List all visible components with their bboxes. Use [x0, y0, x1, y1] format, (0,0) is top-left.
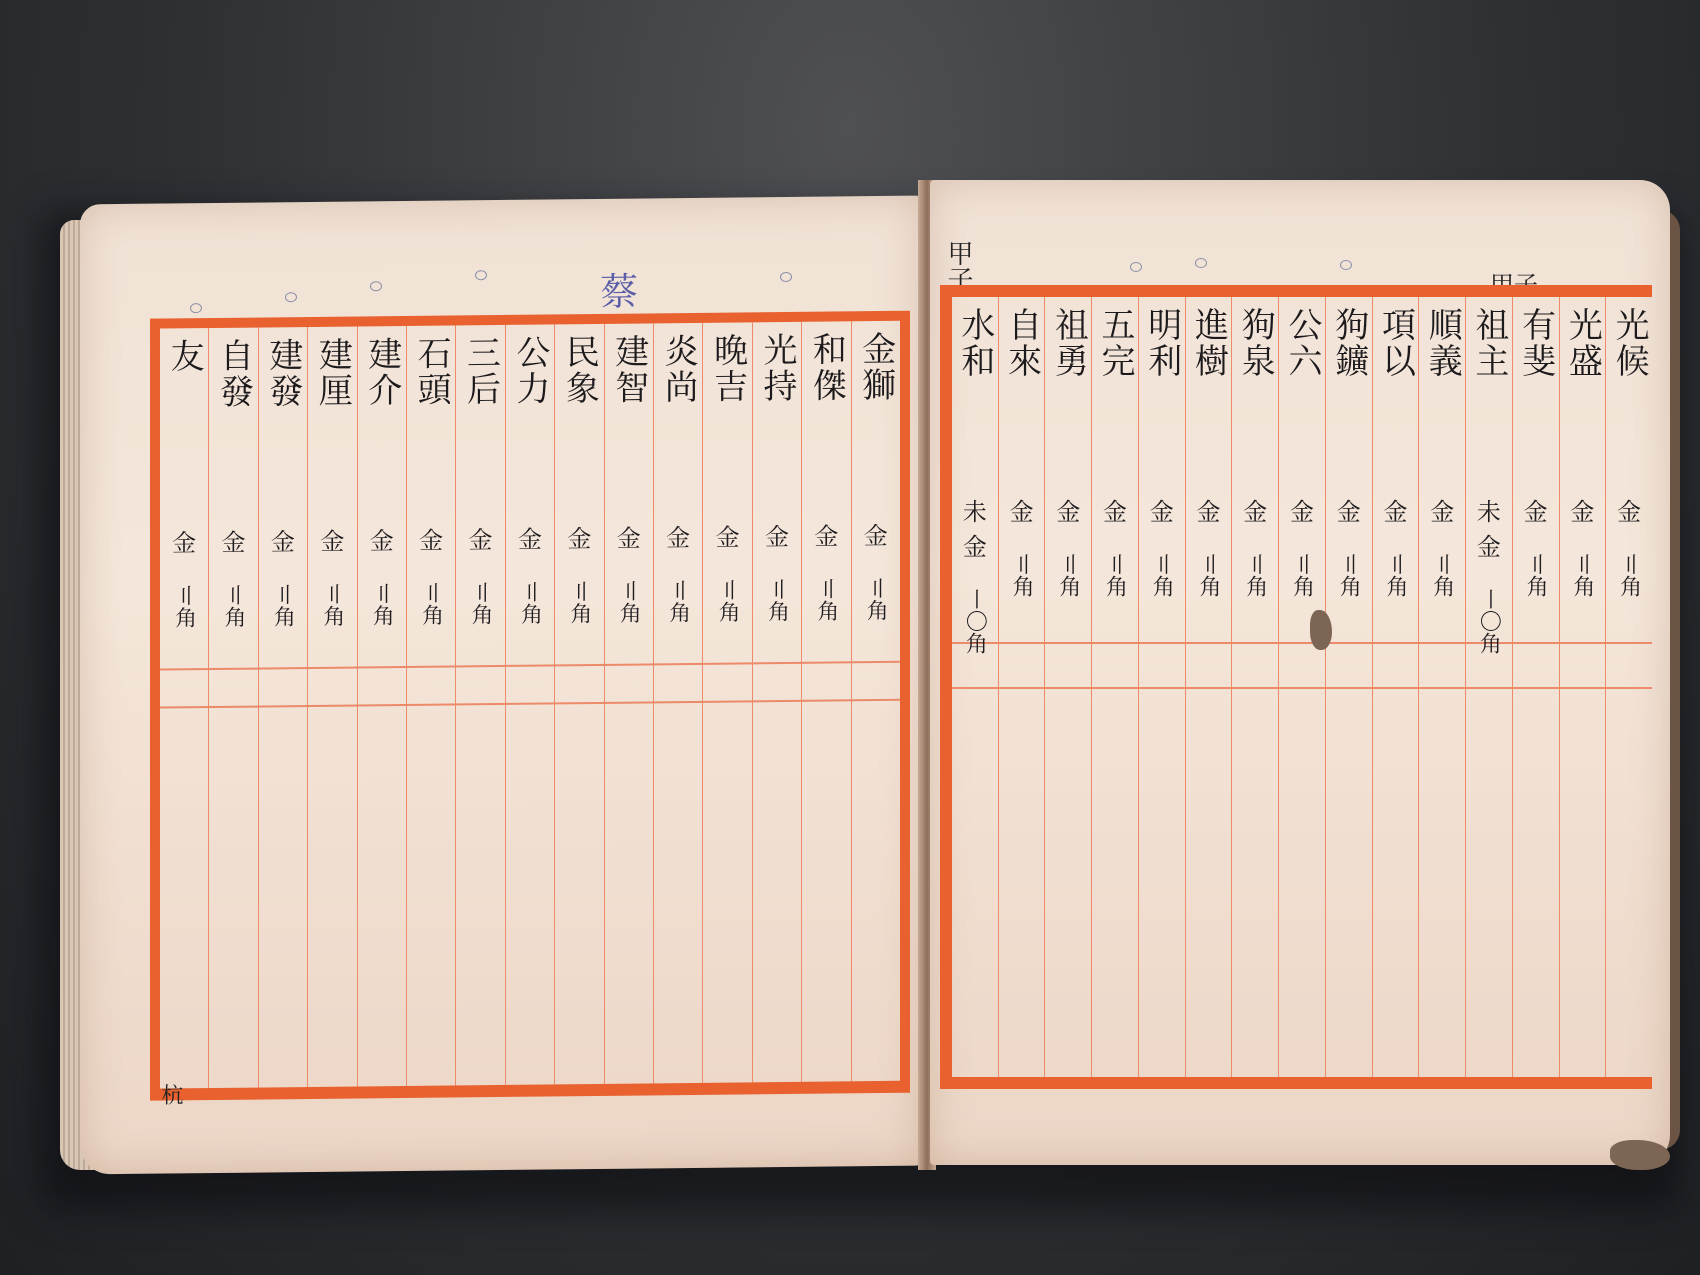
amount-value: 〡〇角	[959, 588, 990, 654]
donor-name: 建智	[612, 333, 646, 405]
currency-char: 金	[320, 522, 344, 557]
amount-value: 〢角	[1146, 553, 1177, 597]
entry-name-cell: 晚吉	[703, 332, 751, 405]
ledger-column: 明利金〢角	[1138, 297, 1185, 1077]
currency-char: 金	[1524, 492, 1548, 527]
ledger-column: 光盛金〢角	[1559, 297, 1606, 1077]
amount-cell: 金〢角	[753, 517, 801, 623]
pen-header-surname: 蔡	[600, 261, 638, 316]
amount-cell: 金〢角	[654, 518, 702, 624]
amount-cell: 金〢角	[160, 523, 208, 629]
donor-name: 公力	[513, 335, 547, 407]
amount-value: 〢角	[811, 577, 842, 621]
currency-char: 金	[1150, 492, 1174, 527]
entry-name-cell: 進樹	[1186, 307, 1232, 379]
currency-char: 金	[1197, 492, 1221, 527]
binding-hole	[780, 272, 792, 282]
amount-value: 〢角	[366, 582, 397, 626]
entry-name-cell: 金獅	[852, 331, 900, 404]
donor-name: 晚吉	[711, 332, 745, 404]
donor-name: 進樹	[1192, 307, 1226, 379]
entry-name-cell: 建智	[605, 333, 653, 406]
currency-char: 金	[1243, 492, 1267, 527]
amount-value: 〢角	[1100, 553, 1131, 597]
left-page: 蔡 金獅金〢角和傑金〢角光持金〢角晚吉金〢角炎尚金〢角建智金〢角民象金〢角公力金…	[80, 196, 920, 1175]
donor-name: 光持	[760, 332, 794, 404]
amount-value: 〢角	[1193, 553, 1224, 597]
amount-cell: 金〢角	[358, 521, 406, 627]
right-page: 甲子 甲子 光候金〢角光盛金〢角有斐金〢角祖主未金〡〇角順義金〢角項以金〢角狗鑛…	[930, 180, 1670, 1165]
ledger-column: 友金〢角	[160, 328, 208, 1089]
amount-cell: 金〢角	[802, 516, 850, 622]
entry-name-cell: 三后	[456, 335, 504, 408]
donor-name: 建發	[266, 337, 300, 409]
ledger-column: 光候金〢角	[1605, 297, 1652, 1077]
amount-value: 〢角	[860, 577, 891, 621]
amount-prefix: 未	[1477, 492, 1501, 527]
donor-name: 光盛	[1565, 307, 1599, 379]
donor-name: 五完	[1098, 307, 1132, 379]
currency-char: 金	[1383, 492, 1407, 527]
currency-char: 金	[617, 519, 641, 554]
donor-name: 光候	[1612, 307, 1646, 379]
entry-name-cell: 光持	[753, 332, 801, 405]
donor-name: 和傑	[809, 331, 843, 403]
amount-cell: 金〢角	[1326, 492, 1372, 597]
entry-name-cell: 炎尚	[654, 333, 702, 406]
entry-name-cell: 石頭	[407, 335, 455, 408]
paper-damage	[1610, 1140, 1670, 1170]
binding-hole	[285, 292, 297, 302]
ledger-column: 和傑金〢角	[801, 321, 850, 1082]
donor-name: 明利	[1145, 307, 1179, 379]
paper-damage	[1310, 610, 1332, 650]
donor-name: 建介	[365, 336, 399, 408]
amount-value: 〢角	[1240, 553, 1271, 597]
ledger-column: 狗泉金〢角	[1231, 297, 1278, 1077]
currency-char: 金	[1337, 492, 1361, 527]
entry-name-cell: 公六	[1279, 307, 1325, 379]
amount-cell: 金〢角	[1513, 492, 1559, 597]
amount-cell: 金〢角	[407, 520, 455, 626]
amount-cell: 未金〡〇角	[952, 492, 998, 654]
entry-name-cell: 水和	[952, 307, 998, 379]
amount-value: 〢角	[317, 583, 348, 627]
donor-name: 公六	[1285, 307, 1319, 379]
ledger-column: 進樹金〢角	[1185, 297, 1232, 1077]
amount-value: 〢角	[1567, 553, 1598, 597]
currency-char: 金	[469, 520, 493, 555]
open-ledger-book: 蔡 金獅金〢角和傑金〢角光持金〢角晚吉金〢角炎尚金〢角建智金〢角民象金〢角公力金…	[60, 180, 1680, 1180]
ledger-column: 建介金〢角	[357, 326, 406, 1087]
amount-value: 〢角	[465, 581, 496, 625]
donor-name: 狗鑛	[1332, 307, 1366, 379]
ledger-column: 有斐金〢角	[1512, 297, 1559, 1077]
currency-char: 金	[765, 517, 789, 552]
entry-name-cell: 狗泉	[1232, 307, 1278, 379]
amount-cell: 金〢角	[1045, 492, 1091, 597]
amount-value: 〢角	[761, 578, 792, 622]
donor-name: 石頭	[414, 336, 448, 408]
amount-value: 〢角	[1053, 553, 1084, 597]
left-columns: 金獅金〢角和傑金〢角光持金〢角晚吉金〢角炎尚金〢角建智金〢角民象金〢角公力金〢角…	[160, 321, 900, 1089]
donor-name: 自來	[1005, 307, 1039, 379]
donor-name: 建厘	[315, 337, 349, 409]
donor-name: 有斐	[1519, 307, 1553, 379]
amount-value: 〢角	[712, 578, 743, 622]
amount-cell: 金〢角	[1560, 492, 1606, 597]
currency-char: 金	[172, 523, 196, 558]
currency-char: 金	[1010, 492, 1034, 527]
amount-cell: 金〢角	[1606, 492, 1652, 597]
entry-name-cell: 和傑	[802, 331, 850, 404]
currency-char: 金	[864, 516, 888, 551]
amount-value: 〢角	[169, 584, 200, 628]
entry-name-cell: 祖主	[1466, 307, 1512, 379]
amount-cell: 金〢角	[209, 523, 257, 629]
amount-cell: 金〢角	[506, 519, 554, 625]
amount-cell: 金〢角	[999, 492, 1045, 597]
donor-name: 祖勇	[1051, 307, 1085, 379]
donor-name: 項以	[1378, 307, 1412, 379]
amount-value: 〢角	[1286, 553, 1317, 597]
amount-cell: 金〢角	[1279, 492, 1325, 597]
amount-cell: 金〢角	[1419, 492, 1465, 597]
amount-value: 〢角	[1427, 553, 1458, 597]
entry-name-cell: 自來	[999, 307, 1045, 379]
currency-char: 金	[1290, 492, 1314, 527]
ledger-column: 炎尚金〢角	[653, 323, 702, 1084]
currency-char: 金	[1477, 527, 1501, 562]
left-red-frame: 金獅金〢角和傑金〢角光持金〢角晚吉金〢角炎尚金〢角建智金〢角民象金〢角公力金〢角…	[150, 311, 910, 1101]
currency-char: 金	[518, 520, 542, 555]
entry-name-cell: 建發	[259, 337, 307, 410]
currency-char: 金	[419, 521, 443, 556]
entry-name-cell: 建介	[358, 336, 406, 409]
donor-name: 民象	[562, 334, 596, 406]
binding-hole	[1195, 258, 1207, 268]
binding-hole	[1130, 262, 1142, 272]
ledger-column: 祖勇金〢角	[1044, 297, 1091, 1077]
ledger-column: 公六金〢角	[1278, 297, 1325, 1077]
amount-cell: 金〢角	[1092, 492, 1138, 597]
currency-char: 金	[963, 527, 987, 562]
entry-name-cell: 公力	[506, 334, 554, 407]
ledger-column: 三后金〢角	[455, 325, 504, 1086]
ledger-column: 自發金〢角	[208, 328, 257, 1089]
donor-name: 水和	[958, 307, 992, 379]
ledger-column: 公力金〢角	[505, 324, 554, 1085]
amount-value: 〢角	[1333, 553, 1364, 597]
amount-value: 〢角	[1380, 553, 1411, 597]
right-red-frame: 光候金〢角光盛金〢角有斐金〢角祖主未金〡〇角順義金〢角項以金〢角狗鑛金〢角公六金…	[940, 285, 1652, 1089]
entry-name-cell: 明利	[1139, 307, 1185, 379]
donor-name: 金獅	[859, 331, 893, 403]
ledger-column: 順義金〢角	[1418, 297, 1465, 1077]
ledger-column: 民象金〢角	[554, 324, 603, 1085]
currency-char: 金	[271, 522, 295, 557]
entry-name-cell: 民象	[555, 334, 603, 407]
amount-value: 〢角	[416, 582, 447, 626]
binding-hole	[1340, 260, 1352, 270]
currency-char: 金	[1430, 492, 1454, 527]
currency-char: 金	[666, 518, 690, 553]
amount-cell: 金〢角	[1139, 492, 1185, 597]
ledger-column: 石頭金〢角	[406, 325, 455, 1086]
amount-cell: 金〢角	[555, 519, 603, 625]
donor-name: 祖主	[1472, 307, 1506, 379]
amount-value: 〢角	[514, 581, 545, 625]
amount-value: 〢角	[1520, 553, 1551, 597]
amount-value: 〢角	[613, 579, 644, 623]
currency-char: 金	[370, 521, 394, 556]
entry-name-cell: 友	[160, 338, 208, 375]
amount-cell: 金〢角	[703, 517, 751, 623]
binding-hole	[475, 270, 487, 280]
amount-value: 〢角	[218, 584, 249, 628]
amount-cell: 金〢角	[1186, 492, 1232, 597]
amount-prefix: 未	[963, 492, 987, 527]
amount-cell: 金〢角	[1373, 492, 1419, 597]
ledger-column: 狗鑛金〢角	[1325, 297, 1372, 1077]
amount-cell: 金〢角	[852, 516, 900, 622]
amount-cell: 金〢角	[605, 518, 653, 624]
ledger-column: 項以金〢角	[1372, 297, 1419, 1077]
ledger-column: 建智金〢角	[604, 323, 653, 1084]
amount-value: 〢角	[663, 579, 694, 623]
currency-char: 金	[814, 516, 838, 551]
donor-name: 順義	[1425, 307, 1459, 379]
donor-name: 炎尚	[661, 333, 695, 405]
entry-name-cell: 狗鑛	[1326, 307, 1372, 379]
amount-cell: 金〢角	[1232, 492, 1278, 597]
ledger-column: 晚吉金〢角	[702, 322, 751, 1083]
currency-char: 金	[1056, 492, 1080, 527]
amount-value: 〡〇角	[1473, 588, 1504, 654]
entry-name-cell: 順義	[1419, 307, 1465, 379]
right-columns: 光候金〢角光盛金〢角有斐金〢角祖主未金〡〇角順義金〢角項以金〢角狗鑛金〢角公六金…	[952, 297, 1652, 1077]
binding-hole	[370, 281, 382, 291]
footer-note: 杭	[155, 1083, 186, 1105]
ledger-column: 金獅金〢角	[851, 321, 900, 1082]
donor-name: 友	[167, 338, 201, 374]
ledger-photo: 蔡 金獅金〢角和傑金〢角光持金〢角晚吉金〢角炎尚金〢角建智金〢角民象金〢角公力金…	[0, 0, 1700, 1275]
currency-char: 金	[1617, 492, 1641, 527]
currency-char: 金	[1103, 492, 1127, 527]
ledger-column: 五完金〢角	[1091, 297, 1138, 1077]
entry-name-cell: 光候	[1606, 307, 1652, 379]
entry-name-cell: 光盛	[1560, 307, 1606, 379]
ledger-column: 建厘金〢角	[307, 327, 356, 1088]
entry-name-cell: 五完	[1092, 307, 1138, 379]
ledger-column: 水和未金〡〇角	[952, 297, 998, 1077]
amount-cell: 未金〡〇角	[1466, 492, 1512, 654]
currency-char: 金	[716, 517, 740, 552]
ledger-column: 光持金〢角	[752, 322, 801, 1083]
currency-char: 金	[1570, 492, 1594, 527]
amount-value: 〢角	[564, 580, 595, 624]
ledger-column: 建發金〢角	[258, 327, 307, 1088]
donor-name: 三后	[464, 335, 498, 407]
currency-char: 金	[567, 519, 591, 554]
currency-char: 金	[222, 523, 246, 558]
amount-value: 〢角	[1006, 553, 1037, 597]
amount-value: 〢角	[1614, 553, 1645, 597]
entry-name-cell: 項以	[1373, 307, 1419, 379]
donor-name: 自發	[217, 338, 251, 410]
amount-cell: 金〢角	[308, 522, 356, 628]
ledger-column: 祖主未金〡〇角	[1465, 297, 1512, 1077]
entry-name-cell: 有斐	[1513, 307, 1559, 379]
ledger-column: 自來金〢角	[998, 297, 1045, 1077]
entry-name-cell: 建厘	[308, 337, 356, 410]
amount-value: 〢角	[267, 583, 298, 627]
donor-name: 狗泉	[1238, 307, 1272, 379]
binding-hole	[190, 303, 202, 313]
amount-cell: 金〢角	[259, 522, 307, 628]
entry-name-cell: 祖勇	[1045, 307, 1091, 379]
entry-name-cell: 自發	[209, 338, 257, 411]
amount-cell: 金〢角	[456, 520, 504, 626]
